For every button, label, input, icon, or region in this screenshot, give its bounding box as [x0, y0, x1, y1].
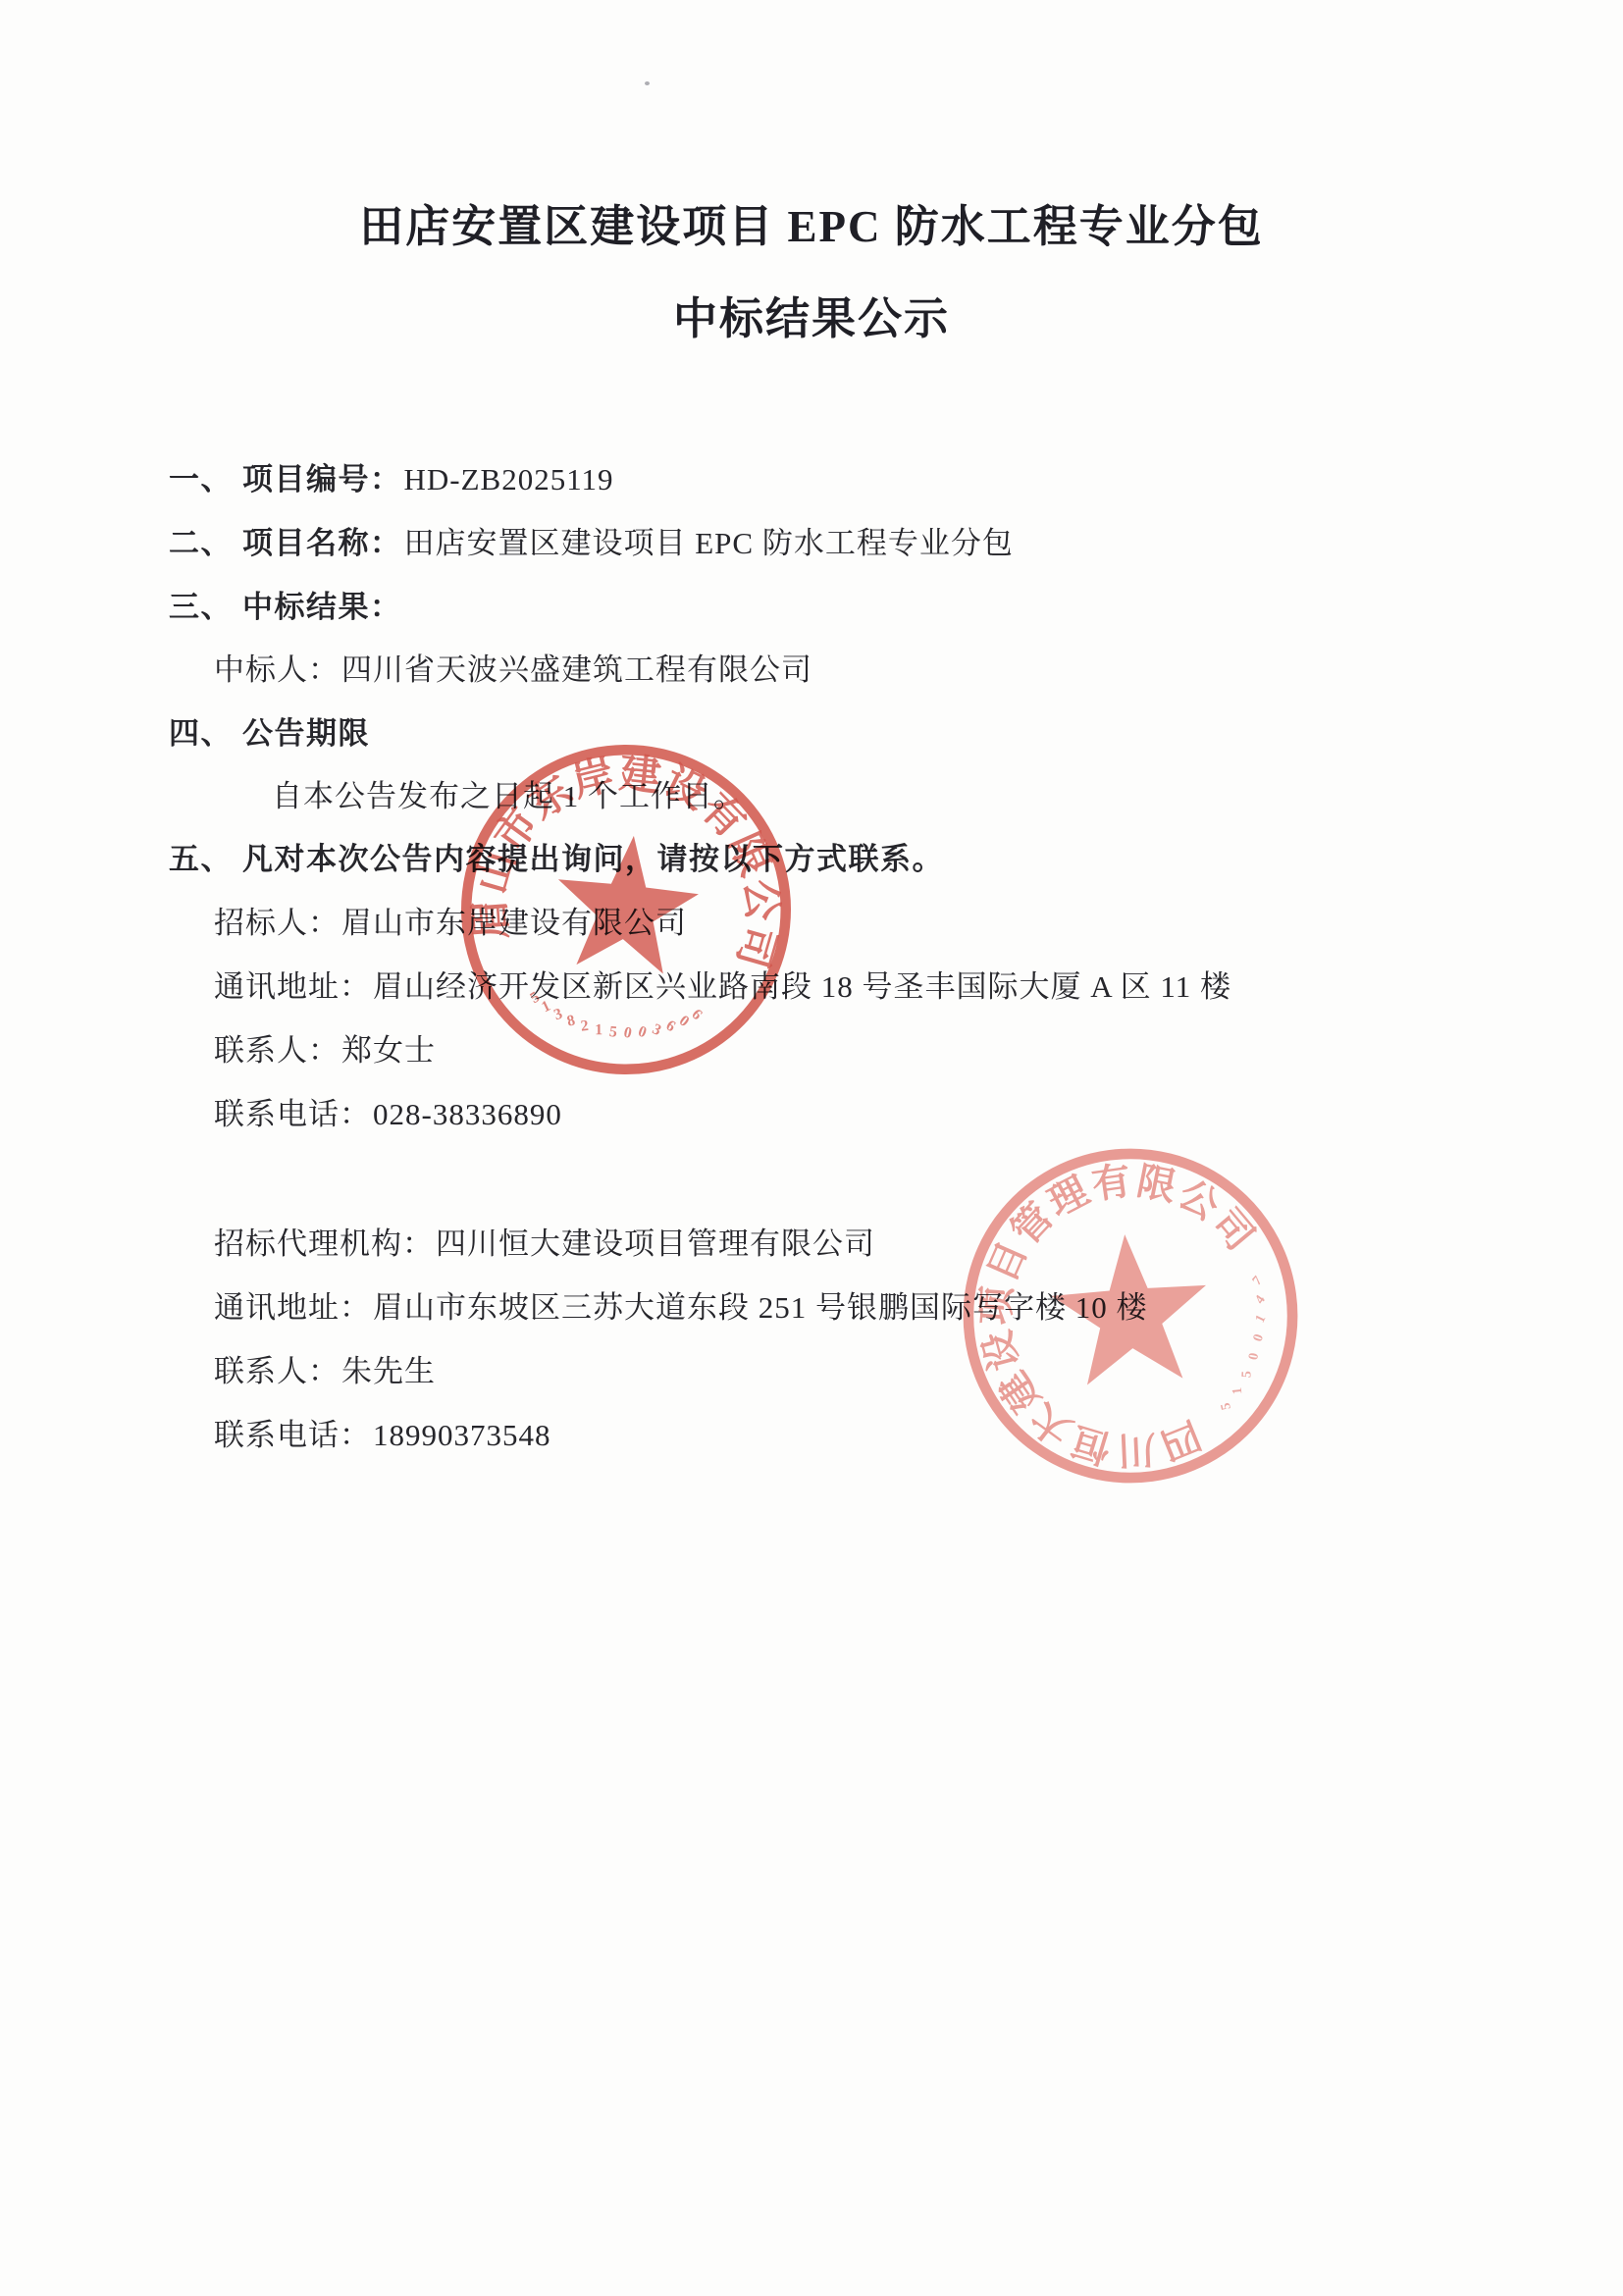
item-value: 眉山经济开发区新区兴业路南段 18 号圣丰国际大厦 A 区 11 楼	[373, 969, 1231, 1004]
item-value: 四川省天波兴盛建筑工程有限公司	[341, 652, 812, 687]
agency-address-line: 通讯地址：眉山市东坡区三苏大道东段 251 号银鹏国际写字楼 10 楼	[214, 1282, 1148, 1327]
item-number: 四、	[169, 716, 233, 751]
list-item-inquiry: 五、凡对本次公告内容提出询问，请按以下方式联系。	[169, 834, 946, 878]
svg-text:5: 5	[608, 1023, 618, 1041]
agency-line: 招标代理机构：四川恒大建设项目管理有限公司	[214, 1219, 875, 1263]
item-label: 通讯地址：	[214, 969, 371, 1004]
item-label: 中标人：	[214, 652, 340, 687]
svg-text:4: 4	[1252, 1292, 1268, 1306]
svg-text:公: 公	[1171, 1173, 1227, 1229]
svg-text:川: 川	[1117, 1428, 1157, 1473]
svg-text:0: 0	[622, 1024, 633, 1042]
svg-text:有: 有	[1089, 1159, 1133, 1207]
item-value: 眉山市东坡区三苏大道东段 251 号银鹏国际写字楼 10 楼	[373, 1290, 1148, 1325]
svg-text:3: 3	[650, 1020, 663, 1039]
svg-text:1: 1	[595, 1021, 602, 1038]
tenderer-phone-line: 联系电话：028-38336890	[214, 1089, 562, 1133]
svg-text:1: 1	[1230, 1386, 1245, 1395]
svg-text:限: 限	[1133, 1160, 1179, 1210]
svg-text:建: 建	[991, 1363, 1049, 1420]
page-title: 田店安置区建设项目 EPC 防水工程专业分包	[0, 190, 1623, 254]
item-value: 四川恒大建设项目管理有限公司	[436, 1226, 875, 1261]
svg-text:0: 0	[676, 1013, 693, 1030]
svg-text:5: 5	[1218, 1401, 1233, 1411]
item-label: 凡对本次公告内容提出询问，请按以下方式联系。	[242, 842, 944, 876]
tenderer-address-line: 通讯地址：眉山经济开发区新区兴业路南段 18 号圣丰国际大厦 A 区 11 楼	[214, 962, 1231, 1006]
item-number: 一、	[169, 462, 233, 496]
item-value: 田店安置区建设项目 EPC 防水工程专业分包	[404, 526, 1014, 560]
item-label: 联系人：	[214, 1354, 340, 1388]
svg-text:3: 3	[551, 1006, 564, 1024]
item-label: 联系电话：	[214, 1418, 371, 1452]
item-number: 三、	[169, 590, 233, 624]
svg-text:1: 1	[1252, 1312, 1269, 1325]
svg-text:0: 0	[636, 1023, 649, 1042]
item-value: HD-ZB2025119	[404, 462, 614, 496]
svg-text:8: 8	[565, 1012, 577, 1029]
svg-text:四: 四	[1155, 1413, 1207, 1468]
item-label: 联系人：	[214, 1033, 340, 1068]
agency-contact-line: 联系人：朱先生	[214, 1346, 436, 1390]
tenderer-contact-line: 联系人：郑女士	[214, 1025, 436, 1070]
svg-text:0: 0	[1250, 1332, 1266, 1343]
svg-text:大: 大	[1023, 1395, 1080, 1453]
tenderer-line: 招标人：眉山市东岸建设有限公司	[214, 898, 687, 942]
item-value: 自本公告发布之日起 1 个工作日。	[272, 779, 745, 813]
page-subtitle: 中标结果公示	[0, 283, 1623, 346]
item-label: 项目编号：	[242, 462, 402, 496]
item-label: 公告期限	[242, 716, 370, 751]
list-item-bid-result: 三、中标结果：	[169, 582, 404, 626]
svg-text:6: 6	[663, 1018, 679, 1036]
item-label: 项目名称：	[242, 526, 402, 560]
item-number: 二、	[169, 526, 233, 560]
list-item-winner: 中标人：四川省天波兴盛建筑工程有限公司	[214, 645, 812, 689]
notice-period-text: 自本公告发布之日起 1 个工作日。	[272, 771, 745, 815]
agency-phone-line: 联系电话：18990373548	[214, 1410, 551, 1454]
item-label: 招标代理机构：	[214, 1226, 434, 1261]
svg-text:管: 管	[1004, 1195, 1062, 1253]
item-value: 郑女士	[341, 1033, 436, 1068]
svg-text:恒: 恒	[1067, 1418, 1117, 1471]
document-page: 田店安置区建设项目 EPC 防水工程专业分包 中标结果公示 一、项目编号：HD-…	[0, 0, 1623, 2296]
list-item-project-number: 一、项目编号：HD-ZB2025119	[169, 454, 614, 498]
svg-text:目: 目	[980, 1235, 1035, 1288]
list-item-notice-period: 四、公告期限	[169, 708, 372, 753]
item-label: 联系电话：	[214, 1097, 371, 1131]
item-value: 朱先生	[341, 1354, 436, 1388]
svg-text:设: 设	[975, 1326, 1027, 1375]
svg-text:公: 公	[736, 878, 784, 922]
item-value: 眉山市东岸建设有限公司	[341, 906, 687, 940]
item-value: 028-38336890	[373, 1097, 562, 1131]
svg-text:理: 理	[1041, 1169, 1096, 1226]
svg-text:6: 6	[688, 1006, 706, 1023]
svg-text:2: 2	[580, 1018, 590, 1035]
svg-text:7: 7	[1249, 1273, 1265, 1287]
svg-text:0: 0	[1245, 1352, 1261, 1361]
item-number: 五、	[169, 842, 233, 876]
item-label: 中标结果：	[242, 590, 402, 624]
item-label: 招标人：	[214, 906, 340, 940]
scan-speck	[645, 81, 650, 85]
svg-text:5: 5	[1238, 1371, 1253, 1379]
svg-text:司: 司	[1204, 1201, 1262, 1258]
item-label: 通讯地址：	[214, 1290, 371, 1325]
item-value: 18990373548	[373, 1418, 551, 1452]
list-item-project-name: 二、项目名称：田店安置区建设项目 EPC 防水工程专业分包	[169, 518, 1014, 562]
